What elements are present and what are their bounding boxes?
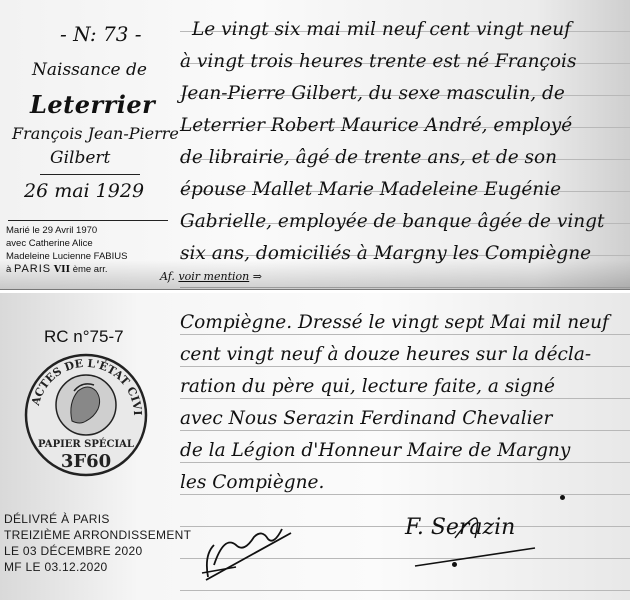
fiscal-stamp-icon: ACTES DE L'ÉTAT CIVIL PAPIER SPÉCIAL 3F6… (22, 351, 150, 479)
body-line: Gabrielle, employée de banque âgée de vi… (180, 206, 630, 238)
separator-line (40, 174, 140, 175)
body-line: épouse Mallet Marie Madeleine Eugénie (180, 174, 630, 206)
record-top-half: - N: 73 - Naissance de Leterrier Françoi… (0, 0, 630, 290)
mention-suffix: ème arr. (73, 264, 108, 275)
ink-dot (560, 495, 565, 500)
acte-type: Naissance de (32, 60, 147, 80)
mention-line-3: Madeleine Lucienne FABIUS (6, 250, 127, 263)
arrow-icon: ⇒ (253, 270, 262, 283)
ink-dot (452, 562, 457, 567)
record-body-top: Le vingt six mai mil neuf cent vingt neu… (180, 14, 630, 270)
marginal-mention: Marié le 29 Avril 1970 avec Catherine Al… (6, 224, 127, 276)
father-signature-icon (196, 515, 296, 585)
mention-city: PARIS (14, 263, 51, 275)
given-names-line1: François Jean-Pierre (12, 124, 179, 143)
stamp-price: 3F60 (61, 451, 111, 472)
mention-prefix: à (6, 264, 11, 275)
body-line: cent vingt neuf à douze heures sur la dé… (180, 339, 630, 371)
body-line: avec Nous Serazin Ferdinand Chevalier (180, 403, 630, 435)
initials: Af. (160, 270, 175, 283)
voir-mention-text: voir mention (178, 270, 249, 283)
mention-arrondissement: VII (54, 264, 70, 275)
mayor-signature-flourish-icon (395, 508, 595, 568)
body-line: Jean-Pierre Gilbert, du sexe masculin, d… (180, 78, 630, 110)
delivery-line-2: Treizième arrondissement (4, 527, 191, 543)
record-body-bottom: Compiègne. Dressé le vingt sept Mai mil … (180, 307, 630, 499)
surname: Leterrier (30, 90, 155, 119)
body-line: Leterrier Robert Maurice André, employé (180, 110, 630, 142)
delivery-line-4: MF le 03.12.2020 (4, 559, 191, 575)
voir-mention-note: Af. voir mention ⇒ (160, 270, 262, 283)
mention-line-1: Marié le 29 Avril 1970 (6, 224, 127, 237)
reference-number: RC n°75-7 (44, 327, 124, 347)
delivery-note: Délivré à Paris Treizième arrondissement… (4, 511, 191, 575)
body-line: Compiègne. Dressé le vingt sept Mai mil … (180, 307, 630, 339)
body-line: à vingt trois heures trente est né Franç… (180, 46, 630, 78)
delivery-line-3: le 03 décembre 2020 (4, 543, 191, 559)
stamp-label: PAPIER SPÉCIAL (38, 438, 134, 450)
body-line: Le vingt six mai mil neuf cent vingt neu… (180, 14, 630, 46)
body-line: de librairie, âgé de trente ans, et de s… (180, 142, 630, 174)
body-line: six ans, domiciliés à Margny les Compièg… (180, 238, 630, 270)
mention-line-4: à PARIS VII ème arr. (6, 263, 127, 276)
birth-date: 26 mai 1929 (24, 180, 144, 202)
body-line: ration du père qui, lecture faite, a sig… (180, 371, 630, 403)
record-bottom-half: RC n°75-7 ACTES DE L'ÉTAT CIVIL PAPIER S… (0, 293, 630, 600)
body-line: de la Légion d'Honneur Maire de Margny (180, 435, 630, 467)
separator-line (8, 220, 168, 221)
acte-number: - N: 73 - (60, 22, 142, 46)
mention-line-2: avec Catherine Alice (6, 237, 127, 250)
delivery-line-1: Délivré à Paris (4, 511, 191, 527)
given-names-line2: Gilbert (50, 148, 110, 168)
